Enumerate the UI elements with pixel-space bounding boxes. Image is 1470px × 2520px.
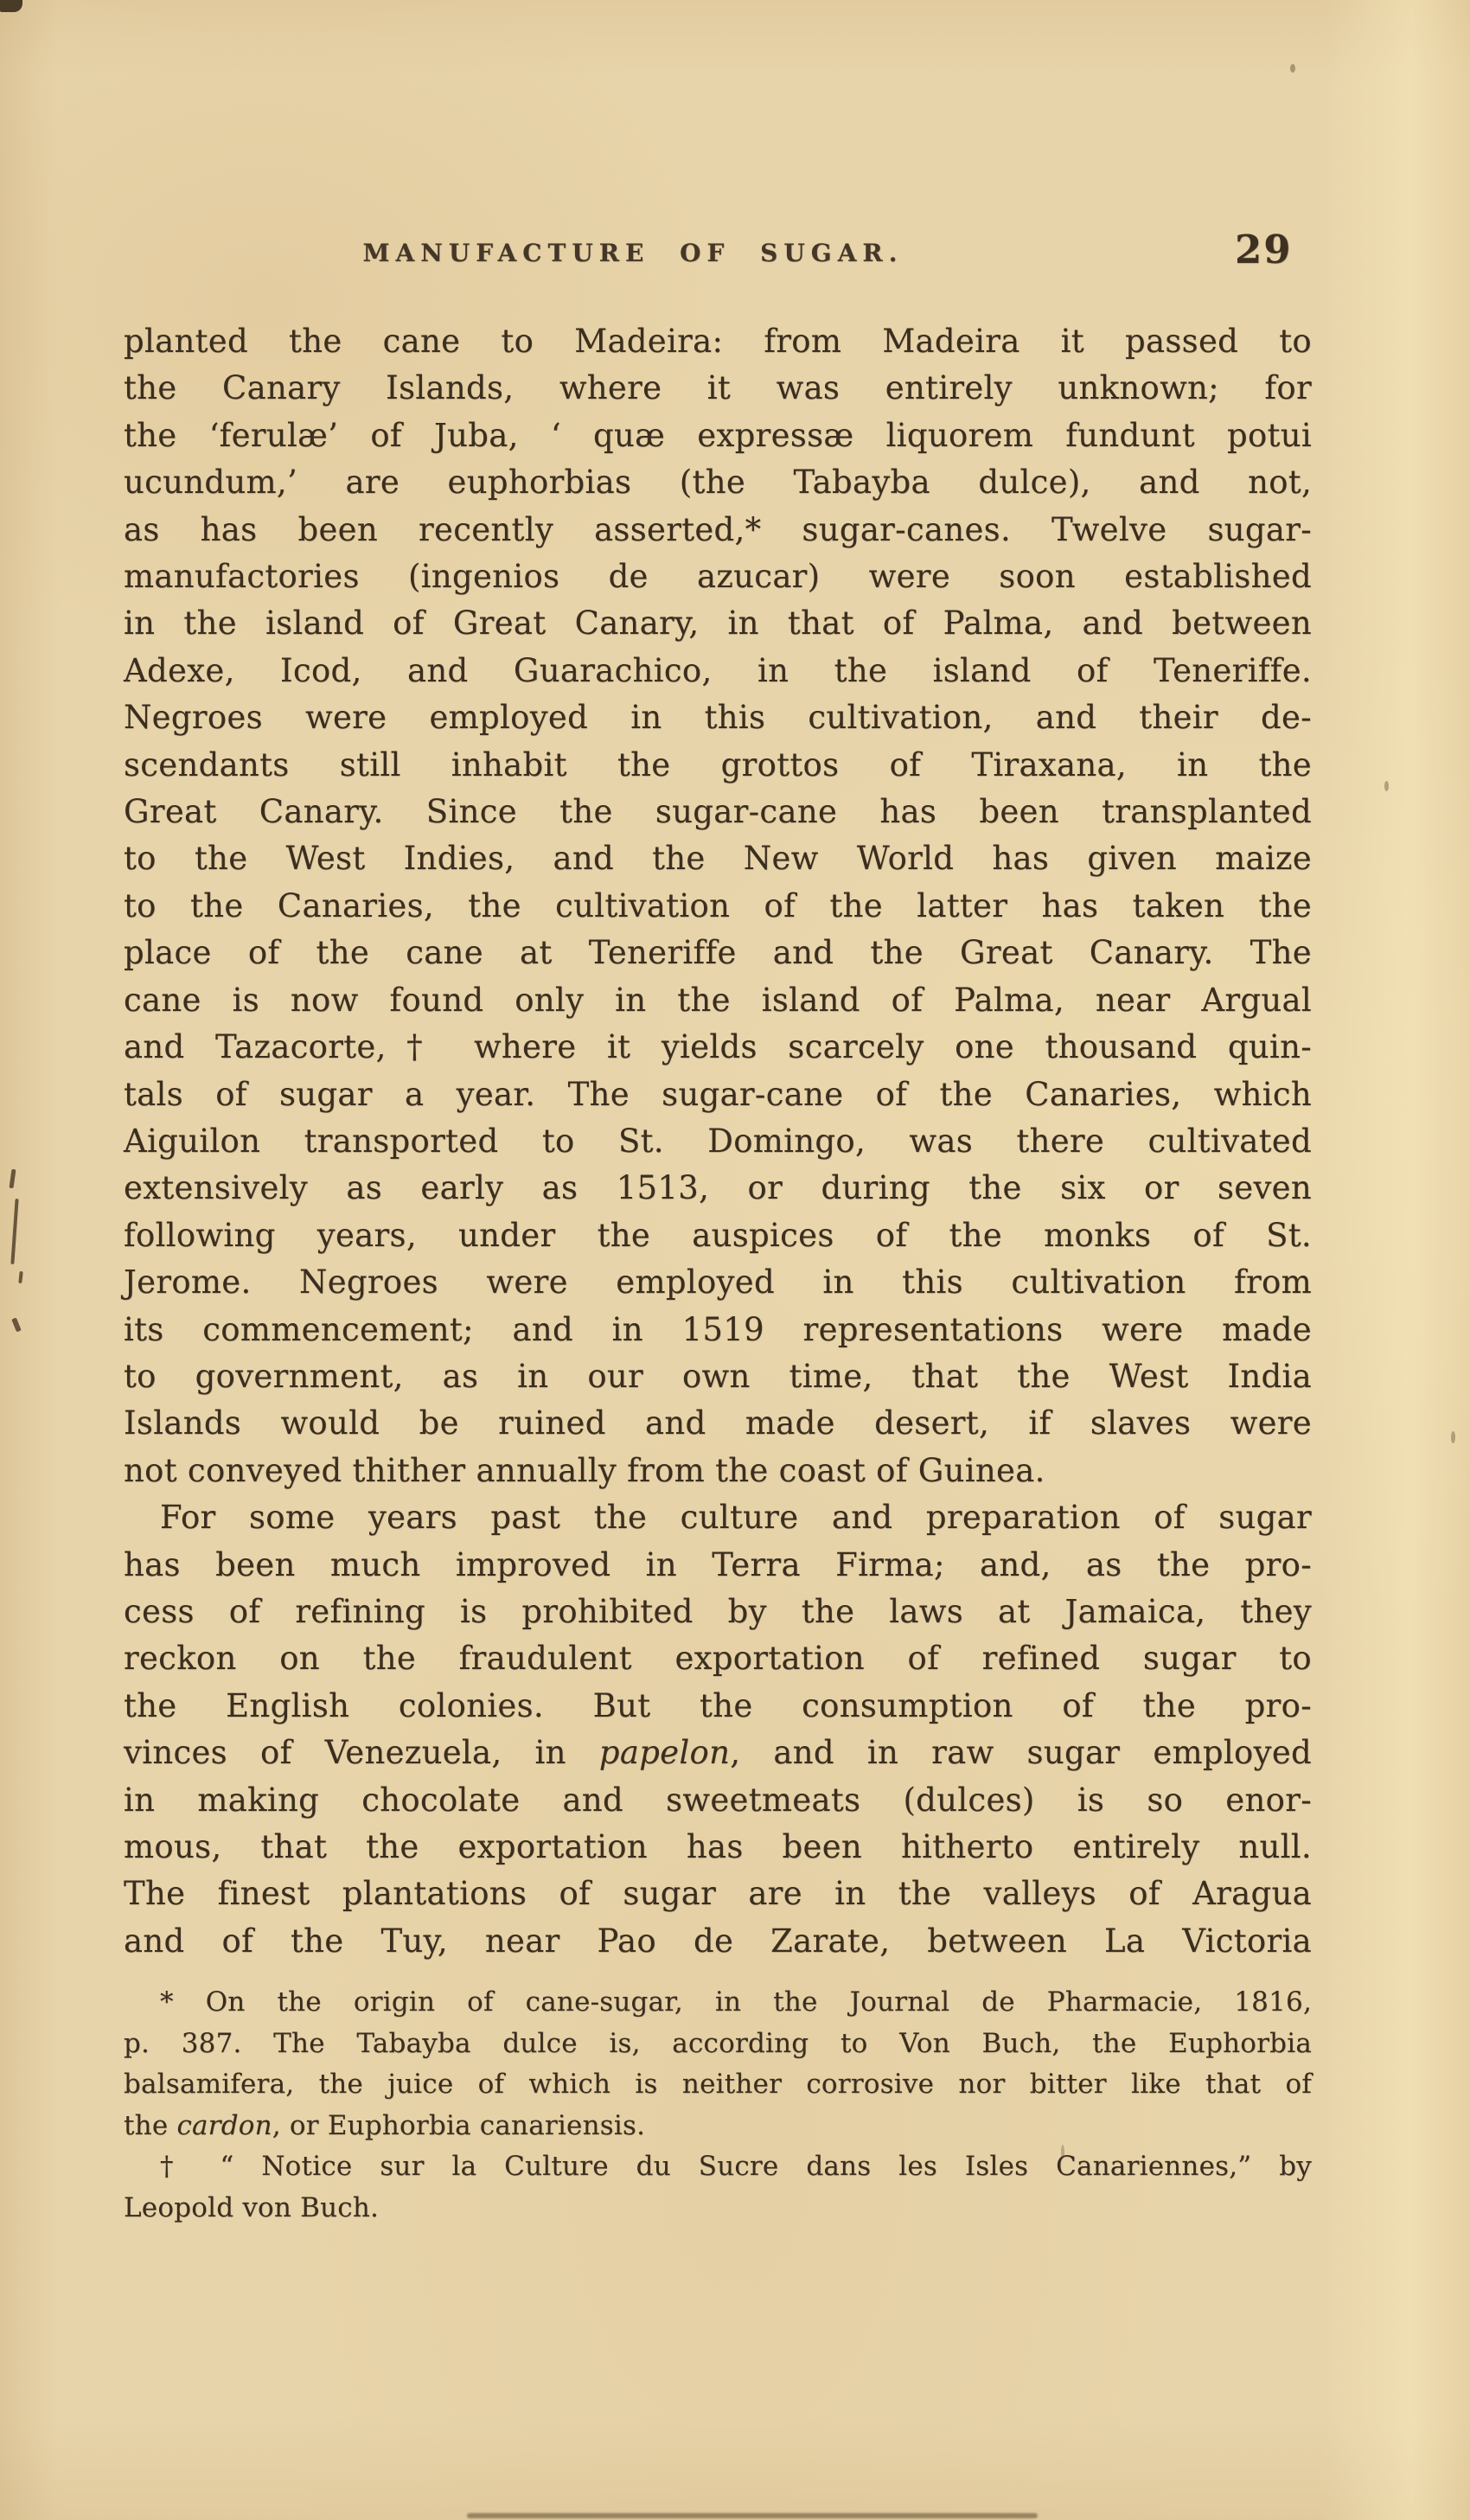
paper-speck — [1384, 781, 1389, 791]
text-line: cane is now found only in the island of … — [124, 977, 1312, 1024]
text-line: not conveyed thither annually from the c… — [124, 1448, 1312, 1494]
text-line: as has been recently asserted,* sugar-ca… — [124, 507, 1312, 553]
margin-pencil-mark — [9, 1169, 16, 1188]
scan-corner-blot — [0, 0, 22, 12]
text-line: place of the cane at Teneriffe and the G… — [124, 930, 1312, 976]
text-line: tals of sugar a year. The sugar-cane of … — [124, 1071, 1312, 1118]
text-line: to government, as in our own time, that … — [124, 1353, 1312, 1400]
text-line: and of the Tuy, near Pao de Zarate, betw… — [124, 1918, 1312, 1965]
text-line: For some years past the culture and prep… — [124, 1494, 1312, 1541]
margin-pencil-mark — [11, 1317, 22, 1332]
page-bottom-shadow — [467, 2513, 1038, 2518]
text-line: in making chocolate and sweetmeats (dulc… — [124, 1777, 1312, 1824]
page-header: MANUFACTURE OF SUGAR. — [124, 239, 1142, 267]
text-line: and Tazacorte,† where it yields scarcely… — [124, 1024, 1312, 1071]
text-line: in the island of Great Canary, in that o… — [124, 600, 1312, 647]
scanned-book-page: { "document": { "header": { "title": "MA… — [0, 0, 1470, 2520]
margin-pencil-mark — [18, 1271, 22, 1283]
text-line: the Canary Islands, where it was entirel… — [124, 365, 1312, 412]
text-line: its commencement; and in 1519 representa… — [124, 1307, 1312, 1353]
text-line: Great Canary. Since the sugar-cane has b… — [124, 789, 1312, 835]
text-line: Adexe, Icod, and Guarachico, in the isla… — [124, 648, 1312, 694]
paper-speck — [1451, 1431, 1455, 1443]
text-line: to the West Indies, and the New World ha… — [124, 835, 1312, 882]
text-line: Jerome. Negroes were employed in this cu… — [124, 1259, 1312, 1306]
text-line: p. 387. The Tabayba dulce is, according … — [124, 2024, 1312, 2065]
text-line: to the Canaries, the cultivation of the … — [124, 883, 1312, 930]
text-line: has been much improved in Terra Firma; a… — [124, 1542, 1312, 1589]
text-line: extensively as early as 1513, or during … — [124, 1165, 1312, 1212]
text-line: The finest plantations of sugar are in t… — [124, 1871, 1312, 1917]
text-line: balsamifera, the juice of which is neith… — [124, 2064, 1312, 2106]
text-line: scendants still inhabit the grottos of T… — [124, 742, 1312, 789]
paper-speck — [1061, 2145, 1064, 2159]
text-line: * On the origin of cane-sugar, in the Jo… — [124, 1982, 1312, 2024]
text-line: Aiguilon transported to St. Domingo, was… — [124, 1118, 1312, 1165]
text-line: reckon on the fraudulent exportation of … — [124, 1635, 1312, 1682]
text-line: vinces of Venezuela, in papelon, and in … — [124, 1730, 1312, 1776]
text-line: the English colonies. But the consumptio… — [124, 1683, 1312, 1730]
text-line: ucundum,’ are euphorbias (the Tabayba du… — [124, 459, 1312, 506]
text-line: mous, that the exportation has been hith… — [124, 1824, 1312, 1871]
text-line: † “ Notice sur la Culture du Sucre dans … — [124, 2146, 1312, 2188]
text-line: the cardon, or Euphorbia canariensis. — [124, 2106, 1312, 2147]
text-line: manufactories (ingenios de azucar) were … — [124, 553, 1312, 600]
margin-pencil-mark — [10, 1199, 18, 1264]
running-title: MANUFACTURE OF SUGAR. — [363, 239, 904, 267]
text-line: the ‘ferulæ’ of Juba, ‘ quæ expressæ liq… — [124, 413, 1312, 459]
text-line: Islands would be ruined and made desert,… — [124, 1400, 1312, 1447]
paper-speck — [1290, 64, 1295, 73]
text-line: cess of refining is prohibited by the la… — [124, 1589, 1312, 1635]
text-line: Negroes were employed in this cultivatio… — [124, 694, 1312, 741]
footnote-block: * On the origin of cane-sugar, in the Jo… — [124, 1982, 1312, 2229]
text-line: Leopold von Buch. — [124, 2188, 1312, 2229]
text-line: following years, under the auspices of t… — [124, 1212, 1312, 1259]
text-line: planted the cane to Madeira: from Madeir… — [124, 318, 1312, 365]
page-number: 29 — [1235, 227, 1293, 272]
body-text: planted the cane to Madeira: from Madeir… — [124, 318, 1312, 1965]
